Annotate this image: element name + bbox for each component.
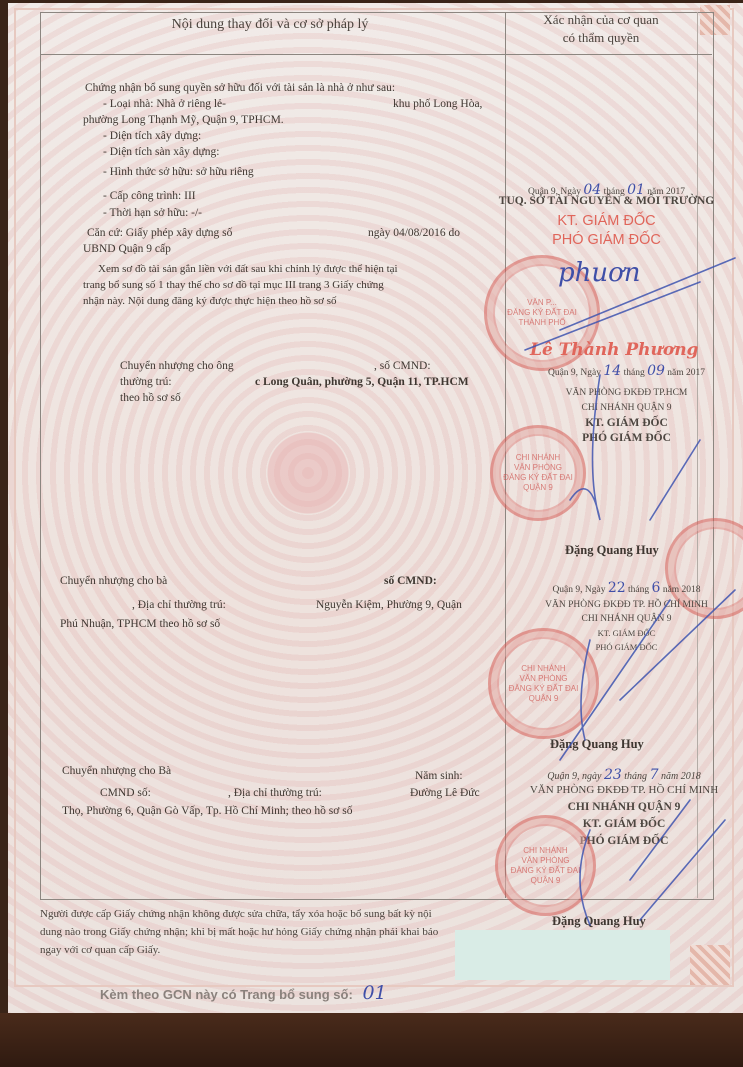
header-right: Xác nhận của cơ quan có thẩm quyền bbox=[506, 11, 696, 47]
confirm4-date: Quận 9, ngày 23 tháng 7 năm 2018 bbox=[505, 767, 743, 783]
entry2-residence-label: thường trú: bbox=[120, 374, 172, 390]
confirm4-day: 23 bbox=[604, 767, 622, 783]
header-right-line2: có thẩm quyền bbox=[506, 29, 696, 47]
entry2-line1: Chuyển nhượng cho ông bbox=[120, 358, 234, 374]
entry4-dossier: Thọ, Phường 6, Quận Gò Vấp, Tp. Hồ Chí M… bbox=[62, 803, 352, 819]
entry1-floor-area: - Diện tích sàn xây dựng: bbox=[103, 144, 219, 160]
confirm1-signer: Lê Thành Phương bbox=[530, 340, 698, 360]
entry2-residence-address: c Long Quân, phường 5, Quận 11, TP.HCM bbox=[255, 374, 469, 390]
entry4-line1: Chuyển nhượng cho Bà bbox=[62, 763, 171, 779]
confirm1-title1: KT. GIÁM ĐỐC bbox=[470, 212, 743, 231]
confirm1-signature: phuơn bbox=[558, 258, 641, 288]
entry4-residence-street: Đường Lê Đức bbox=[410, 785, 480, 801]
supplement-label: Kèm theo GCN này có Trang bổ sung số: bbox=[100, 987, 353, 1002]
confirm2-day: 14 bbox=[603, 363, 621, 379]
entry4-cmnd: CMND số: bbox=[100, 785, 151, 801]
entry1-ownership-term: - Thời hạn sở hữu: -/- bbox=[103, 205, 202, 221]
background-surface bbox=[0, 1013, 743, 1067]
official-stamp-2: CHI NHÁNH VĂN PHÒNG ĐĂNG KÝ ĐẤT ĐAI QUẬN… bbox=[490, 425, 586, 521]
entry4-residence-label: , Địa chỉ thường trú: bbox=[228, 785, 322, 801]
header-left: Nội dung thay đổi và cơ sở pháp lý bbox=[90, 17, 450, 33]
entry1-intro: Chứng nhận bổ sung quyền sở hữu đối với … bbox=[85, 80, 395, 96]
entry1-basis: Căn cứ: Giấy phép xây dựng số bbox=[87, 225, 232, 241]
corner-ornament-icon bbox=[690, 945, 730, 985]
confirm1-title2: PHÓ GIÁM ĐỐC bbox=[470, 231, 743, 250]
entry2-cmnd: , số CMND: bbox=[374, 358, 431, 374]
official-stamp-3: CHI NHÁNH VĂN PHÒNG ĐĂNG KÝ ĐẤT ĐAI QUẬN… bbox=[488, 628, 599, 739]
official-stamp-4: CHI NHÁNH VĂN PHÒNG ĐĂNG KÝ ĐẤT ĐAI QUẬN… bbox=[495, 815, 596, 916]
entry1-note-2: trang bổ sung số 1 thay thế cho sơ đồ tạ… bbox=[83, 277, 384, 293]
confirm3-month: 6 bbox=[652, 580, 661, 596]
legal-notice: Người được cấp Giấy chứng nhận không đượ… bbox=[40, 905, 450, 959]
confirm4-signer: Đặng Quang Huy bbox=[552, 914, 646, 929]
border-line bbox=[697, 12, 698, 898]
supplement-number: 01 bbox=[362, 982, 386, 1004]
confirm3-date: Quận 9, Ngày 22 tháng 6 năm 2018 bbox=[510, 580, 743, 596]
entry1-basis-issuer: UBND Quận 9 cấp bbox=[83, 241, 171, 257]
entry4-birth-year: Năm sinh: bbox=[415, 768, 463, 784]
entry1-house-type: - Loại nhà: Nhà ở riêng lẻ- bbox=[103, 96, 226, 112]
entry1-house-location: khu phố Long Hòa, bbox=[393, 96, 482, 112]
confirm1-titles: KT. GIÁM ĐỐC PHÓ GIÁM ĐỐC bbox=[470, 212, 743, 250]
confirm3-signer: Đặng Quang Huy bbox=[550, 737, 644, 752]
confirm2-date: Quận 9, Ngày 14 tháng 09 năm 2017 bbox=[510, 363, 743, 379]
confirm4-month: 7 bbox=[650, 767, 659, 783]
entry3-line1: Chuyển nhượng cho bà bbox=[60, 573, 167, 589]
entry1-house-location-2: phường Long Thạnh Mỹ, Quận 9, TPHCM. bbox=[83, 112, 284, 128]
confirm2-signer: Đặng Quang Huy bbox=[565, 543, 659, 558]
entry2-dossier: theo hồ sơ số bbox=[120, 390, 181, 406]
header-divider bbox=[40, 54, 712, 55]
entry3-residence-label: , Địa chỉ thường trú: bbox=[132, 597, 226, 613]
redacted-area bbox=[455, 930, 670, 980]
entry1-construction-area: - Diện tích xây dựng: bbox=[103, 128, 201, 144]
entry1-ownership-form: - Hình thức sở hữu: sở hữu riêng bbox=[103, 164, 254, 180]
entry1-basis-date: ngày 04/08/2016 do bbox=[368, 225, 460, 241]
entry1-note-1: Xem sơ đồ tài sản gắn liền với đất sau k… bbox=[98, 261, 398, 277]
supplement-page-note: Kèm theo GCN này có Trang bổ sung số: 01 bbox=[100, 982, 387, 1004]
confirm2-month: 09 bbox=[647, 363, 665, 379]
entry3-residence-address: Nguyễn Kiệm, Phường 9, Quận bbox=[316, 597, 462, 613]
entry3-cmnd: số CMND: bbox=[384, 573, 437, 589]
entry1-building-grade: - Cấp công trình: III bbox=[103, 188, 196, 204]
header-right-line1: Xác nhận của cơ quan bbox=[506, 11, 696, 29]
entry1-note-3: nhận này. Nội dung đăng ký được thực hiệ… bbox=[83, 293, 337, 309]
confirm3-day: 22 bbox=[608, 580, 626, 596]
confirm1-agency: TUQ. SỞ TÀI NGUYÊN & MÔI TRƯỜNG bbox=[470, 195, 743, 207]
entry3-dossier: Phú Nhuận, TPHCM theo hồ sơ số bbox=[60, 616, 220, 632]
